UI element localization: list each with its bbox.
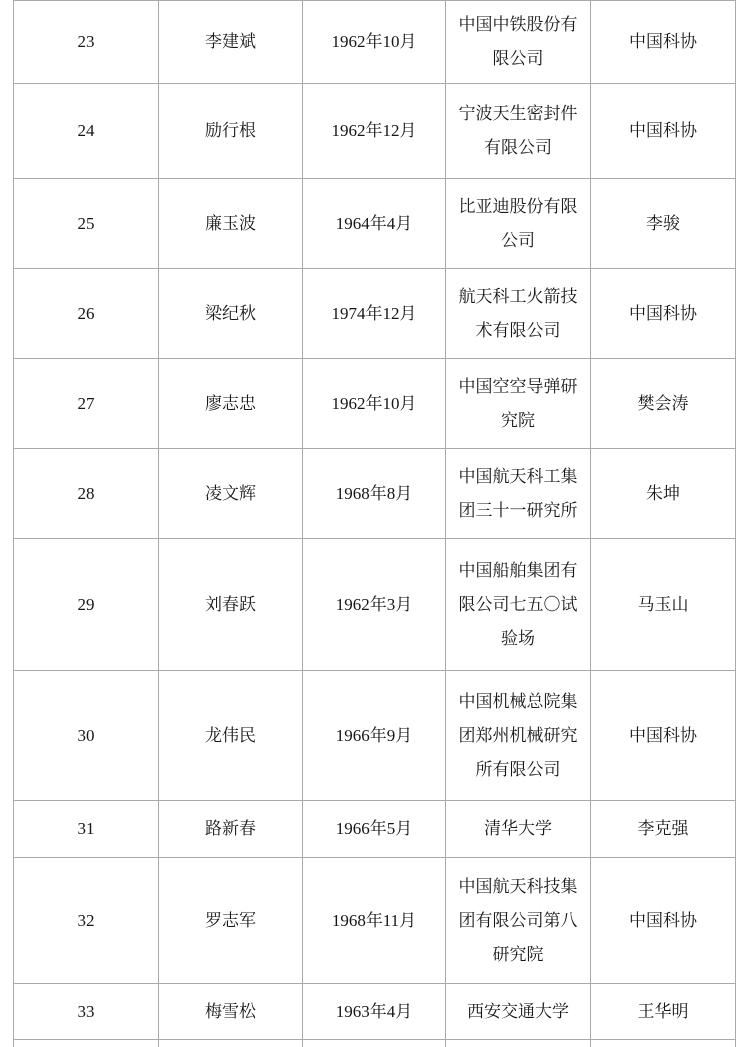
cell-recommender: 李克强 (591, 801, 736, 858)
cell-name (159, 1040, 303, 1047)
cell-recommender: 李骏 (591, 179, 736, 269)
cell-name: 梁纪秋 (159, 269, 303, 359)
cell-birth-date: 1962年3月 (303, 539, 446, 671)
cell-index: 30 (14, 671, 159, 801)
cell-recommender: 中国科协 (591, 84, 736, 179)
cell-organization: 中国中铁股份有 限公司 (446, 1, 591, 84)
cell-recommender: 中国科协 (591, 269, 736, 359)
cell-index: 27 (14, 359, 159, 449)
cell-recommender: 王华明 (591, 984, 736, 1040)
table-row: 26 梁纪秋 1974年12月 航天科工火箭技 术有限公司 中国科协 (14, 269, 736, 359)
cell-index: 23 (14, 1, 159, 84)
cell-index: 32 (14, 858, 159, 984)
cell-organization: 西安交通大学 (446, 984, 591, 1040)
table-row: 25 廉玉波 1964年4月 比亚迪股份有限 公司 李骏 (14, 179, 736, 269)
cell-organization: 中国空空导弹研 究院 (446, 359, 591, 449)
cell-index: 31 (14, 801, 159, 858)
cell-index: 28 (14, 449, 159, 539)
cell-birth-date: 1962年10月 (303, 1, 446, 84)
cell-name: 李建斌 (159, 1, 303, 84)
cell-birth-date: 1968年8月 (303, 449, 446, 539)
table-row: 24 励行根 1962年12月 宁波天生密封件 有限公司 中国科协 (14, 84, 736, 179)
table-row: 28 凌文辉 1968年8月 中国航天科工集 团三十一研究所 朱坤 (14, 449, 736, 539)
cell-birth-date: 1962年12月 (303, 84, 446, 179)
cell-birth-date (303, 1040, 446, 1047)
cell-organization: 中国机械总院集 团郑州机械研究 所有限公司 (446, 671, 591, 801)
cell-organization: 中国船舶集团有 限公司七五〇试 验场 (446, 539, 591, 671)
cell-birth-date: 1966年5月 (303, 801, 446, 858)
cell-name: 廉玉波 (159, 179, 303, 269)
table-row: 33 梅雪松 1963年4月 西安交通大学 王华明 (14, 984, 736, 1040)
cell-birth-date: 1968年11月 (303, 858, 446, 984)
cell-index: 25 (14, 179, 159, 269)
cell-index: 29 (14, 539, 159, 671)
cell-recommender: 中国科协 (591, 858, 736, 984)
cell-birth-date: 1962年10月 (303, 359, 446, 449)
cell-organization: 宁波天生密封件 有限公司 (446, 84, 591, 179)
cell-name: 励行根 (159, 84, 303, 179)
table-row: 27 廖志忠 1962年10月 中国空空导弹研 究院 樊会涛 (14, 359, 736, 449)
cell-birth-date: 1966年9月 (303, 671, 446, 801)
table-row: 23 李建斌 1962年10月 中国中铁股份有 限公司 中国科协 (14, 1, 736, 84)
cell-recommender: 中国科协 (591, 1, 736, 84)
table-row (14, 1040, 736, 1047)
members-table: 23 李建斌 1962年10月 中国中铁股份有 限公司 中国科协 24 励行根 … (13, 0, 736, 1047)
table-row: 31 路新春 1966年5月 清华大学 李克强 (14, 801, 736, 858)
cell-organization: 清华大学 (446, 801, 591, 858)
cell-name: 刘春跃 (159, 539, 303, 671)
cell-index: 26 (14, 269, 159, 359)
cell-name: 廖志忠 (159, 359, 303, 449)
cell-birth-date: 1964年4月 (303, 179, 446, 269)
cell-organization (446, 1040, 591, 1047)
cell-name: 罗志军 (159, 858, 303, 984)
cell-recommender: 樊会涛 (591, 359, 736, 449)
table-row: 30 龙伟民 1966年9月 中国机械总院集 团郑州机械研究 所有限公司 中国科… (14, 671, 736, 801)
cell-index: 24 (14, 84, 159, 179)
cell-name: 梅雪松 (159, 984, 303, 1040)
table-row: 29 刘春跃 1962年3月 中国船舶集团有 限公司七五〇试 验场 马玉山 (14, 539, 736, 671)
cell-recommender: 中国科协 (591, 671, 736, 801)
members-table-body: 23 李建斌 1962年10月 中国中铁股份有 限公司 中国科协 24 励行根 … (14, 1, 736, 1047)
cell-name: 龙伟民 (159, 671, 303, 801)
table-row: 32 罗志军 1968年11月 中国航天科技集 团有限公司第八 研究院 中国科协 (14, 858, 736, 984)
cell-recommender: 朱坤 (591, 449, 736, 539)
document-page: 23 李建斌 1962年10月 中国中铁股份有 限公司 中国科协 24 励行根 … (0, 0, 750, 1047)
cell-recommender (591, 1040, 736, 1047)
cell-index: 33 (14, 984, 159, 1040)
cell-organization: 中国航天科技集 团有限公司第八 研究院 (446, 858, 591, 984)
cell-organization: 中国航天科工集 团三十一研究所 (446, 449, 591, 539)
cell-birth-date: 1963年4月 (303, 984, 446, 1040)
cell-name: 凌文辉 (159, 449, 303, 539)
cell-birth-date: 1974年12月 (303, 269, 446, 359)
cell-name: 路新春 (159, 801, 303, 858)
cell-index (14, 1040, 159, 1047)
cell-organization: 航天科工火箭技 术有限公司 (446, 269, 591, 359)
cell-recommender: 马玉山 (591, 539, 736, 671)
cell-organization: 比亚迪股份有限 公司 (446, 179, 591, 269)
